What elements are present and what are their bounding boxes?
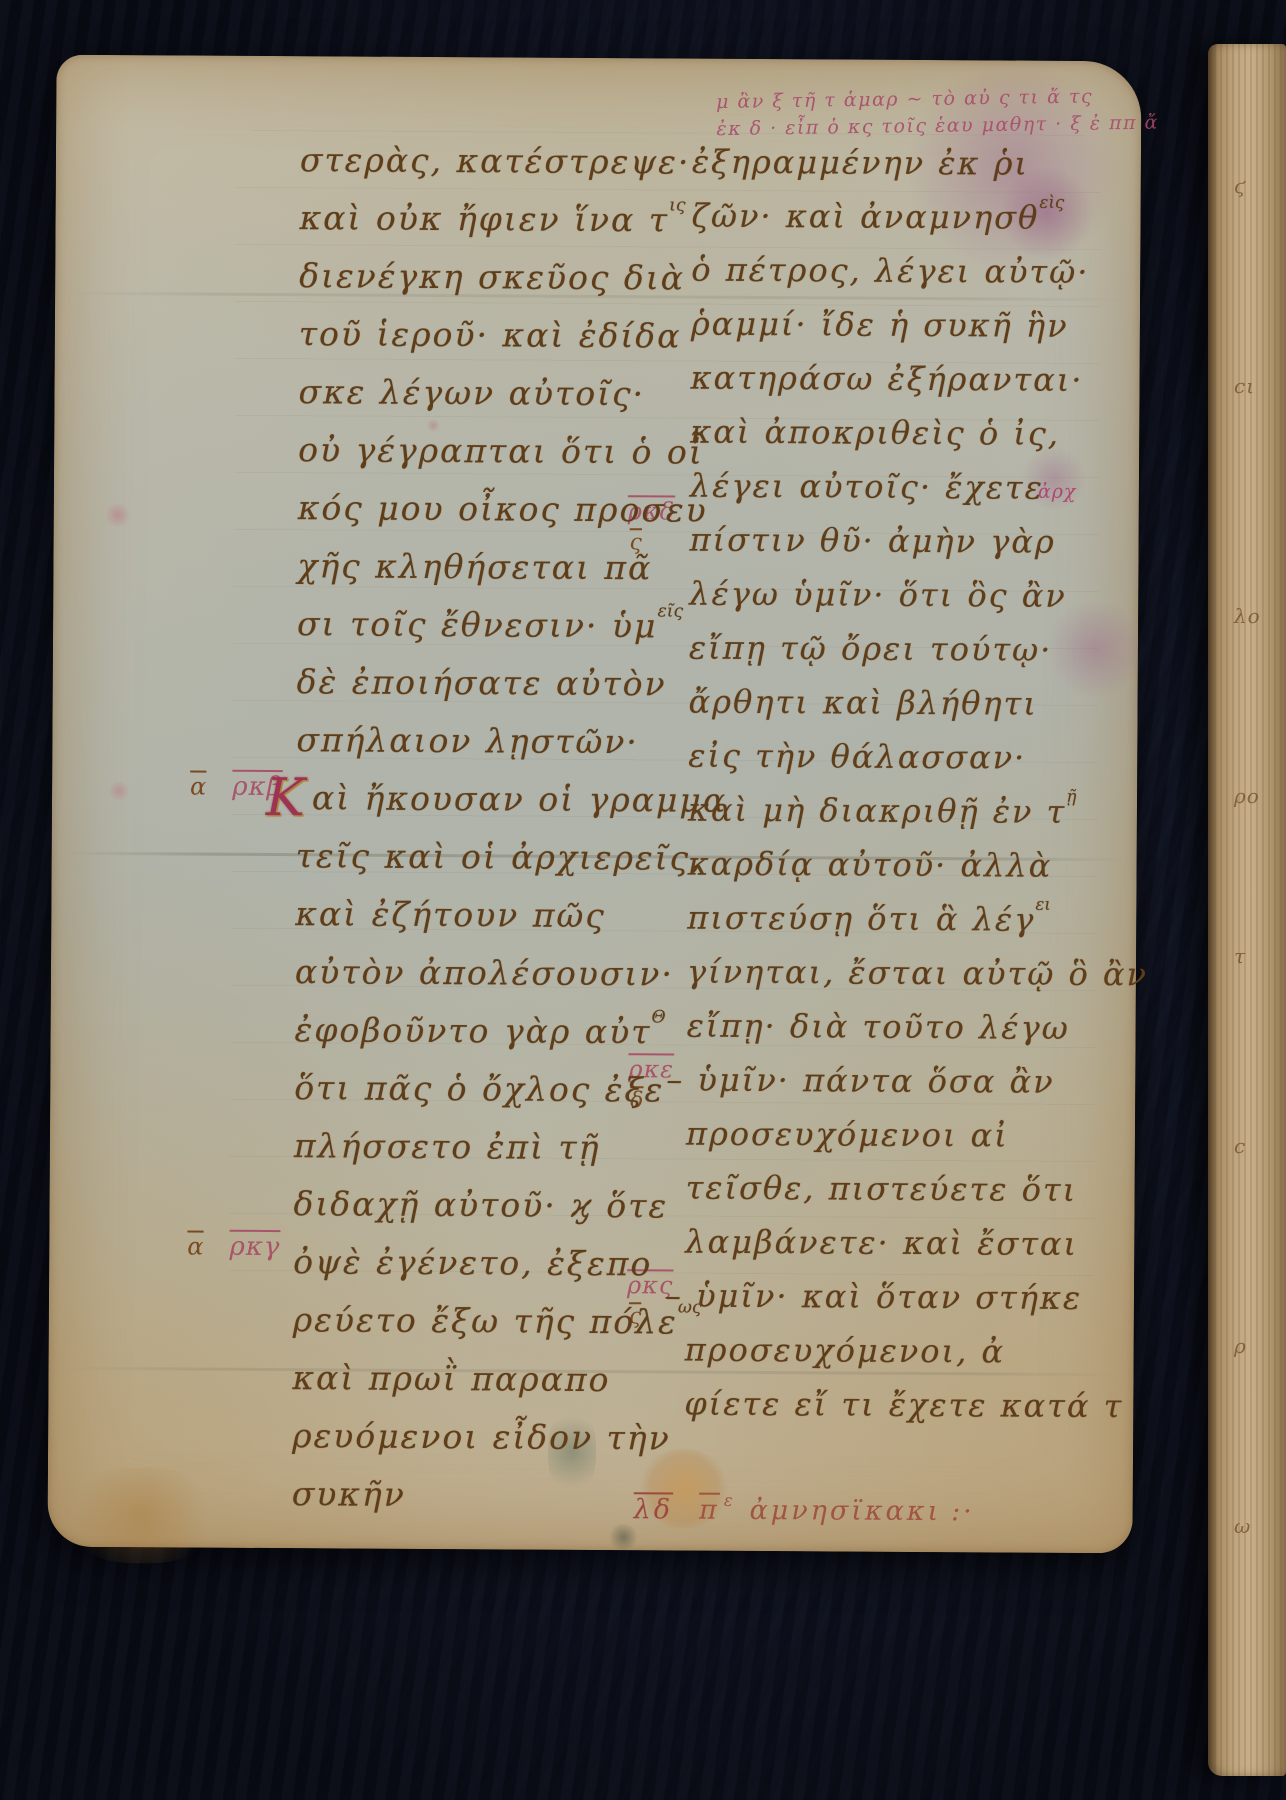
- text-line: τεῖσθε, πιστεύετε ὅτι: [685, 1169, 1105, 1226]
- fore-edge-text-glimpse: ϲ: [1234, 1134, 1246, 1158]
- text-line: ζῶν· καὶ ἀναμνησθεὶς: [691, 197, 1111, 254]
- text-line: καὶ οὐκ ἤφιεν ἵνα τις: [299, 198, 699, 258]
- terminal-punctuation: :·: [951, 1496, 975, 1527]
- text-line: εἴπῃ· διὰ τοῦτο λέγω: [686, 1007, 1106, 1064]
- text-line: ὀψὲ ἐγένετο, ἐξεπο: [293, 1242, 693, 1302]
- fore-edge-text-glimpse: ρ: [1234, 1334, 1247, 1358]
- text-line: πλήσσετο ἐπὶ τῇ: [294, 1126, 694, 1186]
- fore-edge-text-glimpse: λο: [1234, 604, 1261, 628]
- book-fore-edge: ϛϲιλοροτϲρω: [1208, 44, 1286, 1776]
- text-line: συκῆν: [292, 1474, 692, 1534]
- text-line: ἐφοβοῦντο γὰρ αὐτΘ: [294, 1010, 694, 1070]
- text-line: σπήλαιον λῃστῶν·: [296, 720, 696, 780]
- section-numeral: ρκγ: [229, 1232, 280, 1262]
- kephalaion-numeral: λδ: [634, 1494, 674, 1525]
- text-line: λέγει αὐτοῖς· ἔχετε: [690, 467, 1110, 524]
- text-line: καὶ ἐζήτουν πῶς: [295, 894, 695, 954]
- text-line: διδαχῇ αὐτοῦ· ϗ ὅτε: [293, 1184, 693, 1244]
- text-line: εἰς τὴν θάλασσαν·: [688, 737, 1108, 794]
- text-line: καὶ πρωῒ παραπο: [292, 1358, 692, 1418]
- text-line: λέγω ὑμῖν· ὅτι ὃς ἂν: [689, 575, 1109, 632]
- text-line: στερὰς, κατέστρεψε·: [300, 140, 700, 200]
- text-line: κατηράσω ἐξήρανται·: [690, 359, 1110, 416]
- canon-numeral: α: [190, 773, 206, 801]
- manuscript-page: μ ἂν ξ τῆ τ ἁμαρ ∼ τὸ αὐ ς τι ἄ τς ἐκ δ …: [47, 55, 1141, 1554]
- fore-edge-text-glimpse: ω: [1234, 1514, 1251, 1538]
- abbreviation-superscript: ις: [669, 195, 685, 215]
- rubric-line: ἐκ δ · εἶπ ὁ κς τοῖς ἑαυ μαθητ · ξ ἐ ππ …: [716, 110, 1136, 143]
- text-line: κός μου οἶκος προσευ: [298, 488, 698, 548]
- text-line: ἄρθητι καὶ βλήθητι: [688, 683, 1108, 740]
- photo-background: μ ἂν ξ τῆ τ ἁμαρ ∼ τὸ αὐ ς τι ἄ τς ἐκ δ …: [0, 0, 1286, 1800]
- text-line: λαμβάνετε· καὶ ἔσται: [685, 1223, 1105, 1280]
- text-line: καρδίᾳ αὐτοῦ· ἀλλὰ: [687, 845, 1107, 902]
- peri-abbreviation: π: [699, 1495, 720, 1526]
- text-line: γίνηται, ἔσται αὐτῷ ὃ ἂν: [687, 953, 1107, 1010]
- text-line: προσευχόμενοι αἰ: [686, 1115, 1106, 1172]
- kephalaion-text: ἀμνησϊκακι: [749, 1495, 941, 1527]
- text-line: ρεύετο ἔξω τῆς πόλεως: [293, 1300, 693, 1360]
- text-line: εἴπῃ τῷ ὄρει τούτῳ·: [689, 629, 1109, 686]
- text-line: οὐ γέγραπται ὅτι ὁ οἶ: [298, 430, 698, 490]
- text-line: φίετε εἴ τι ἔχετε κατά τ: [684, 1385, 1104, 1442]
- text-line: Καὶ ἤκουσαν οἱ γραμμα: [296, 778, 696, 838]
- abbreviation-superscript: εῖς: [657, 601, 683, 621]
- text-line: πιστεύσῃ ὅτι ἃ λέγει: [687, 899, 1107, 956]
- text-line: αὐτὸν ἀπολέσουσιν·: [295, 952, 695, 1012]
- text-line: προσευχόμενοι, ἀ: [684, 1331, 1104, 1388]
- text-line: διενέγκη σκεῦος διὰ: [299, 256, 699, 316]
- text-line: ρευόμενοι εἶδον τὴν: [292, 1416, 692, 1476]
- stain: [61, 1467, 222, 1564]
- fore-edge-text-glimpse: ϲι: [1234, 374, 1255, 398]
- peri-abbreviation-sup: ε: [724, 1491, 736, 1510]
- text-line: χῆς κληθήσεται πᾶ: [297, 546, 697, 606]
- text-line: – ὑμῖν· καὶ ὅταν στήκε: [685, 1277, 1105, 1334]
- text-line: σκε λέγων αὐτοῖς·: [298, 372, 698, 432]
- text-line: τεῖς καὶ οἱ ἀρχιερεῖς,: [295, 836, 695, 896]
- text-line: δὲ ἐποιήσατε αὐτὸν: [297, 662, 697, 722]
- fore-edge-text-glimpse: ρο: [1234, 784, 1260, 808]
- decorated-initial: Κ: [266, 781, 307, 815]
- stain: [108, 781, 130, 801]
- fore-edge-text-glimpse: ϛ: [1234, 174, 1246, 198]
- fore-edge-text-glimpse: τ: [1234, 944, 1246, 968]
- abbreviation-superscript: ῇ: [1066, 787, 1076, 806]
- abbreviation-superscript: Θ: [652, 1007, 666, 1027]
- text-column-left: στερὰς, κατέστρεψε·καὶ οὐκ ἤφιεν ἵνα τις…: [292, 140, 700, 1534]
- text-line: καὶ μὴ διακριθῇ ἐν τῇ: [688, 791, 1108, 848]
- text-line: ὅτι πᾶς ὁ ὄχλος ἐξε: [294, 1068, 694, 1128]
- text-line: ῥαμμί· ἴδε ἡ συκῆ ἣν: [691, 305, 1111, 362]
- text-line: ὁ πέτρος, λέγει αὐτῷ·: [691, 251, 1111, 308]
- canon-numeral: α: [187, 1233, 203, 1261]
- text-line: καὶ ἀποκριθεὶς ὁ ἰς,: [690, 413, 1110, 470]
- text-line: ἐξηραμμένην ἐκ ῥι: [692, 143, 1112, 200]
- stain: [104, 503, 132, 527]
- text-column-right: ἐξηραμμένην ἐκ ῥιζῶν· καὶ ἀναμνησθεὶςὁ π…: [684, 143, 1112, 1442]
- text-line: σι τοῖς ἔθνεσιν· ὑμεῖς: [297, 604, 697, 664]
- abbreviation-superscript: ει: [1035, 895, 1051, 914]
- kephalaion-title: λδπεἀμνησϊκακι:·: [634, 1494, 975, 1527]
- text-line: τοῦ ἱεροῦ· καὶ ἐδίδα: [299, 314, 699, 374]
- text-line: – ὑμῖν· πάντα ὅσα ἂν: [686, 1061, 1106, 1118]
- top-marginal-rubric: μ ἂν ξ τῆ τ ἁμαρ ∼ τὸ αὐ ς τι ἄ τς ἐκ δ …: [716, 83, 1137, 143]
- text-line: πίστιν θῦ· ἀμὴν γὰρ: [689, 521, 1109, 578]
- abbreviation-superscript: εὶς: [1039, 193, 1064, 212]
- section-number-marker: αρκγ: [187, 1232, 280, 1263]
